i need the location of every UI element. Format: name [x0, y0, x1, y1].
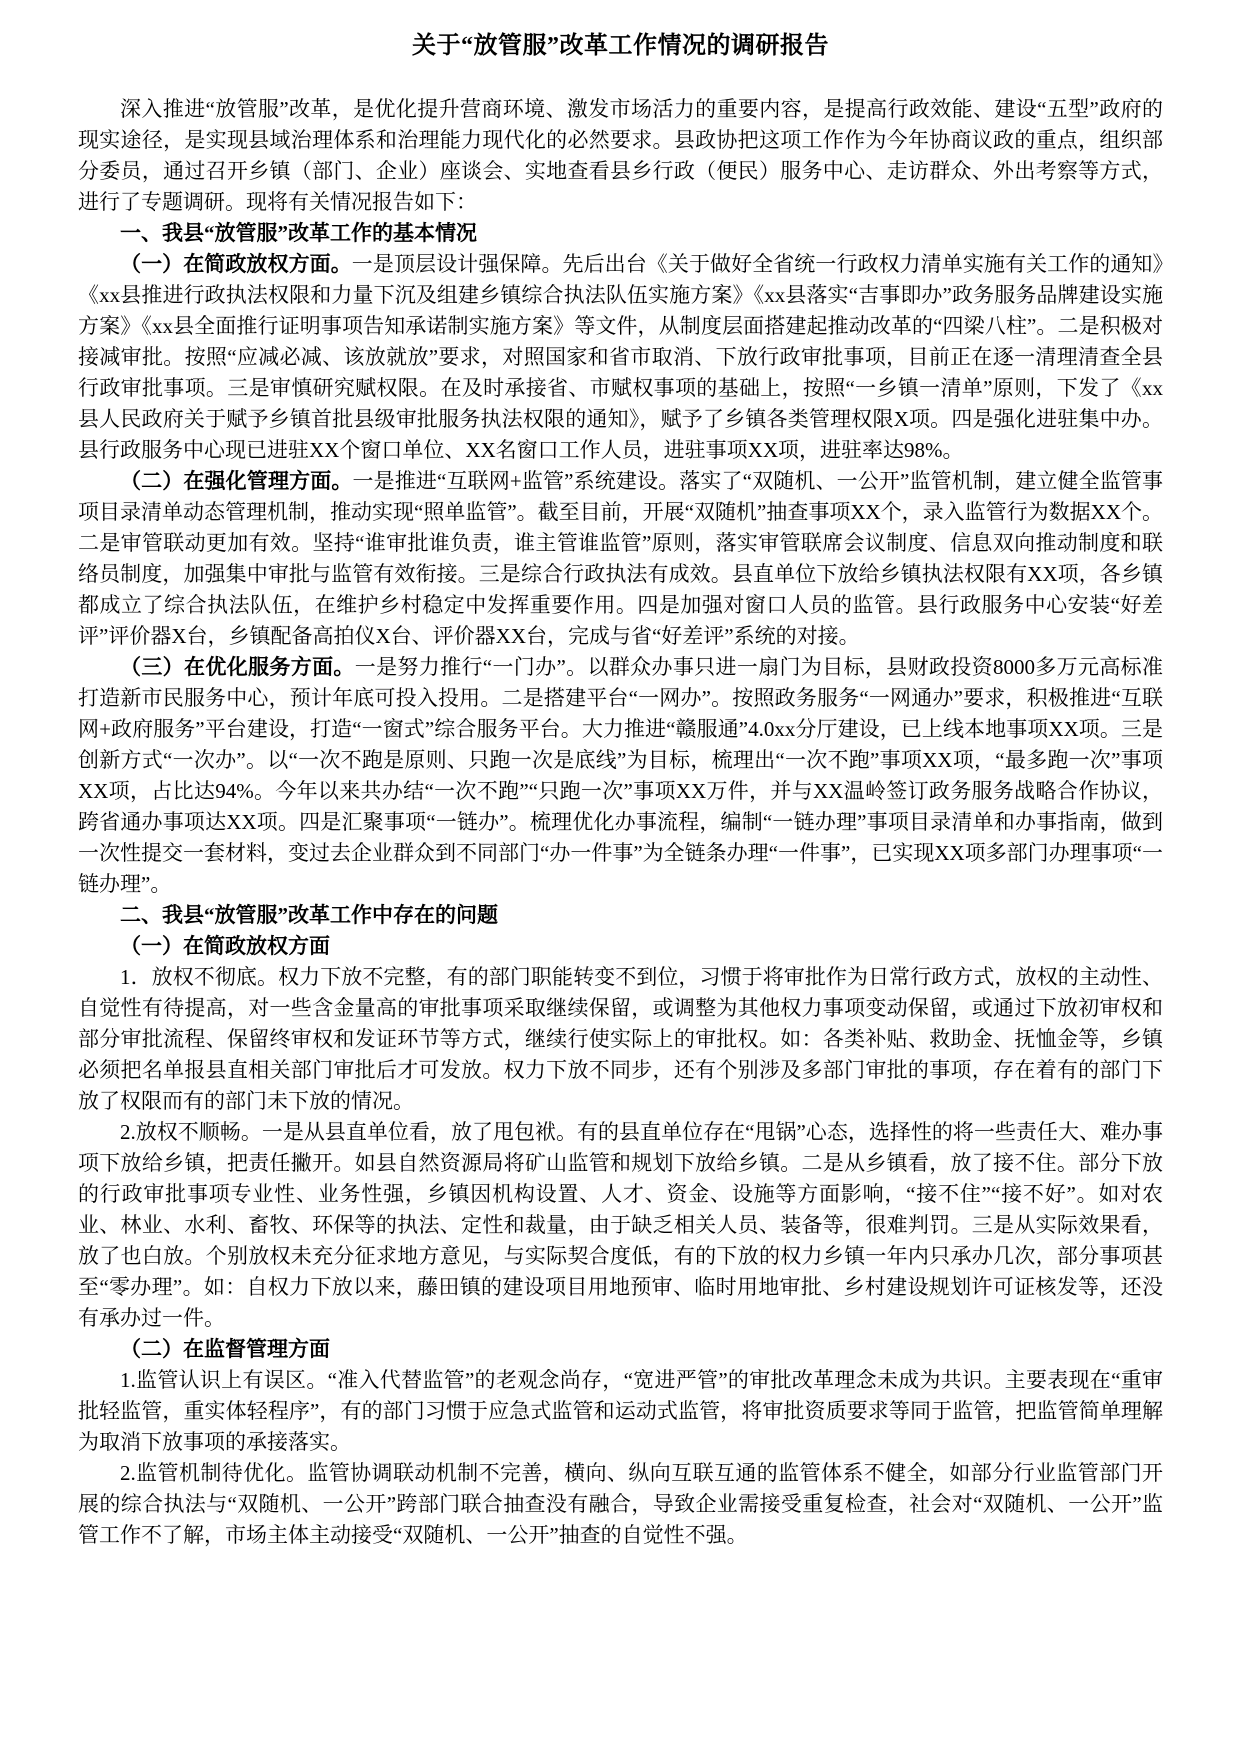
section-heading: 一、我县“放管服”改革工作的基本情况 — [78, 218, 1163, 249]
paragraph-lead: （二）在强化管理方面。 — [120, 469, 352, 493]
paragraph-lead: （三）在优化服务方面。 — [120, 655, 355, 679]
paragraph: 1.监管认识上有误区。“准入代替监管”的老观念尚存，“宽进严管”的审批改革理念未… — [78, 1365, 1163, 1458]
paragraph-text: 一是顶层设计强保障。先后出台《关于做好全省统一行政权力清单实施有关工作的通知》《… — [78, 252, 1163, 462]
paragraph: （三）在优化服务方面。一是努力推行“一门办”。以群众办事只进一扇门为目标，县财政… — [78, 652, 1163, 900]
document-page: 关于“放管服”改革工作情况的调研报告 深入推进“放管服”改革，是优化提升营商环境… — [0, 0, 1240, 1754]
paragraph: 深入推进“放管服”改革，是优化提升营商环境、激发市场活力的重要内容，是提高行政效… — [78, 94, 1163, 218]
sub-heading: （一）在简政放权方面 — [78, 931, 1163, 962]
section-heading: 二、我县“放管服”改革工作中存在的问题 — [78, 900, 1163, 931]
paragraph-text: 一是努力推行“一门办”。以群众办事只进一扇门为目标，县财政投资8000多万元高标… — [78, 655, 1163, 896]
paragraph: 2.监管机制待优化。监管协调联动机制不完善，横向、纵向互联互通的监管体系不健全，… — [78, 1458, 1163, 1551]
paragraph: 1．放权不彻底。权力下放不完整，有的部门职能转变不到位，习惯于将审批作为日常行政… — [78, 962, 1163, 1117]
paragraph: （一）在简政放权方面。一是顶层设计强保障。先后出台《关于做好全省统一行政权力清单… — [78, 249, 1163, 466]
paragraph-lead: （一）在简政放权方面。 — [120, 252, 352, 276]
paragraph-text: 一是推进“互联网+监管”系统建设。落实了“双随机、一公开”监管机制，建立健全监管… — [78, 469, 1163, 648]
document-body: 深入推进“放管服”改革，是优化提升营商环境、激发市场活力的重要内容，是提高行政效… — [78, 94, 1163, 1551]
sub-heading: （二）在监督管理方面 — [78, 1334, 1163, 1365]
document-title: 关于“放管服”改革工作情况的调研报告 — [78, 28, 1163, 64]
paragraph: 2.放权不顺畅。一是从县直单位看，放了甩包袱。有的县直单位存在“甩锅”心态，选择… — [78, 1117, 1163, 1334]
paragraph: （二）在强化管理方面。一是推进“互联网+监管”系统建设。落实了“双随机、一公开”… — [78, 466, 1163, 652]
